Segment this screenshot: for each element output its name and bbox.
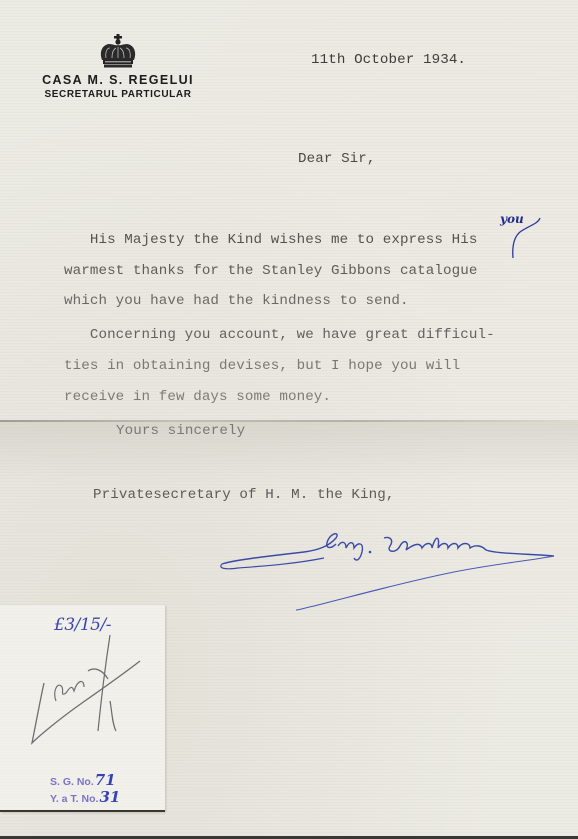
yt-label: Y. a T. No. (50, 793, 98, 805)
body-line-3: which you have had the kindness to send. (64, 293, 409, 309)
body-line-6: receive in few days some money. (64, 389, 331, 405)
yt-number: 31 (99, 788, 120, 806)
signature-name: Eug. Buhman (214, 520, 220, 521)
sg-number: 71 (95, 771, 116, 789)
autograph-name: Carol (22, 631, 25, 632)
yt-catalogue-stamp: Y. a T. No.31 (50, 788, 120, 806)
royal-crown-icon (98, 34, 138, 70)
paper-fold-shadow (0, 422, 578, 482)
letterhead-subtitle: SECRETARUL PARTICULAR (28, 88, 208, 101)
sg-catalogue-stamp: S. G. No.71 (50, 771, 116, 789)
attached-autograph-card: £3/15/- Carol S. G. No.71 Y. a T. No.31 (0, 605, 165, 812)
signatory-title: Privatesecretary of H. M. the King, (93, 487, 395, 503)
body-line-4: Concerning you account, we have great di… (64, 327, 495, 343)
sg-label: S. G. No. (50, 776, 94, 788)
letter-date: 11th October 1934. (311, 52, 466, 68)
handwritten-insertion-mark: you (480, 206, 560, 268)
insertion-word: you (499, 212, 524, 226)
letterhead: CASA M. S. REGELUI SECRETARUL PARTICULAR (28, 34, 208, 101)
letter-page: CASA M. S. REGELUI SECRETARUL PARTICULAR… (0, 0, 578, 836)
salutation: Dear Sir, (298, 151, 376, 167)
pencil-autograph: Carol (22, 631, 162, 761)
handwritten-signature: Eug. Buhman (214, 520, 564, 620)
body-line-5: ties in obtaining devises, but I hope yo… (64, 358, 460, 374)
letterhead-title: CASA M. S. REGELUI (28, 73, 208, 88)
closing: Yours sincerely (116, 423, 245, 439)
body-line-1: His Majesty the Kind wishes me to expres… (64, 232, 477, 248)
body-line-2: warmest thanks for the Stanley Gibbons c… (64, 263, 477, 279)
